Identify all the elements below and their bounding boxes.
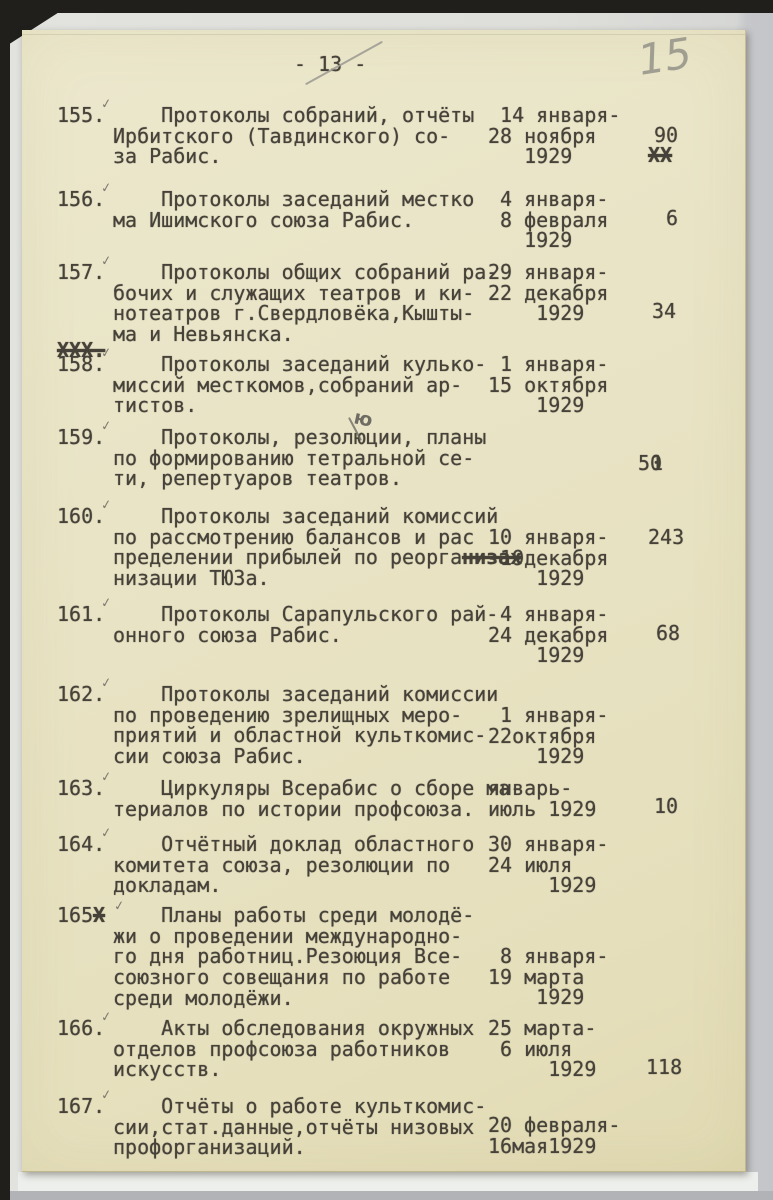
entry-description: Отчёты о работе культкомис- сии,стат.дан… <box>113 1096 486 1158</box>
entry-number: 161. <box>57 604 105 625</box>
entry-dates: 20 февраля- 16мая1929 <box>488 1115 620 1156</box>
entry-count: 34 <box>652 301 676 322</box>
entry-dates: 1 января- 15 октября 1929 <box>488 354 608 416</box>
pencil-checkmark-icon: ✓ <box>100 595 113 611</box>
entry-number: 160. <box>57 506 105 527</box>
entry-number: 156. <box>57 189 105 210</box>
pencil-checkmark-icon: ✓ <box>100 253 113 269</box>
backing-sheet-edge <box>18 1172 758 1191</box>
entry-dates: 29 января- 22 декабря 1929 <box>488 262 608 324</box>
pencil-checkmark-icon: ✓ <box>100 1009 113 1025</box>
pencil-checkmark-icon: ✓ <box>100 497 113 513</box>
entry-description: Отчётный доклад областного комитета союз… <box>113 834 474 896</box>
entry-description: Протоколы заседаний комиссии по проведен… <box>113 684 498 767</box>
entry-count: 68 <box>656 623 680 644</box>
entry-number: 164. <box>57 834 105 855</box>
pencil-checkmark-icon: ✓ <box>100 345 113 361</box>
entry-count: 10 <box>654 796 678 817</box>
entry-count: 118 <box>646 1057 682 1078</box>
entry-dates: 25 марта- 6 июля 1929 <box>488 1018 596 1080</box>
document-page: - 13 - 15 155. ✓ Протоколы собраний, отч… <box>22 30 746 1172</box>
entry-description: Циркуляры Всерабис о сборе ма- териалов … <box>113 778 522 819</box>
entry-description: Протоколы заседаний комиссий по рассмотр… <box>113 506 498 589</box>
entry-dates: 4 января- 24 декабря 1929 <box>488 604 608 666</box>
entry-number: 166. <box>57 1018 105 1039</box>
overtyped-digit: 1 <box>651 453 663 474</box>
paper-crease <box>22 34 745 35</box>
struck-out-count: ХХ <box>648 145 672 166</box>
entry-description: Протоколы Сарапульского рай- онного союз… <box>113 604 498 645</box>
entry-description: Протоколы заседаний местко ма Ишимского … <box>113 189 474 230</box>
entry-dates: январь- июль 1929 <box>488 778 596 819</box>
pencil-checkmark-icon: ✓ <box>100 180 113 196</box>
pencil-checkmark-icon: ✓ <box>100 1087 113 1103</box>
entry-description: Протоколы общих собраний ра- бочих и слу… <box>113 262 498 345</box>
pencil-checkmark-icon: ✓ <box>100 418 113 434</box>
entry-description: Протоколы собраний, отчёты Ирбитского (Т… <box>113 105 474 167</box>
entry-dates: 30 января- 24 июля 1929 <box>488 834 608 896</box>
scanned-document: - 13 - 15 155. ✓ Протоколы собраний, отч… <box>0 0 773 1200</box>
entry-description: Планы работы среди молодё- жи о проведен… <box>113 905 474 1009</box>
entry-dates: 14 января- 28 ноября 1929 <box>488 105 620 167</box>
entry-number: 163. <box>57 778 105 799</box>
entry-number: 162. <box>57 684 105 705</box>
entry-description: Акты обследования окружных отделов профс… <box>113 1018 474 1080</box>
entry-number: 165 <box>57 905 93 926</box>
struck-out-letter: Х <box>93 905 105 926</box>
pencil-checkmark-icon: ✓ <box>100 769 113 785</box>
entry-number: 155. <box>57 105 105 126</box>
entry-description: Протоколы заседаний кулько- миссий местк… <box>113 354 486 416</box>
entry-number: 159. <box>57 427 105 448</box>
entry-dates: 10 января- 19декабря 1929 <box>488 527 608 589</box>
entry-dates: 8 января- 19 марта 1929 <box>488 946 608 1008</box>
handwritten-page-number: 15 <box>634 28 694 85</box>
entry-number: 167. <box>57 1096 105 1117</box>
pencil-checkmark-icon: ✓ <box>100 825 113 841</box>
entry-dates: 4 января- 8 февраля 1929 <box>488 189 608 251</box>
entry-number: 157. <box>57 262 105 283</box>
pencil-checkmark-icon: ✓ <box>100 675 113 691</box>
pencil-checkmark-icon: ✓ <box>100 96 113 112</box>
entry-dates: 1 января- 22октября 1929 <box>488 705 608 767</box>
entry-count: 243 <box>648 527 684 548</box>
entry-number: 158. <box>57 354 105 375</box>
scan-background-bottom <box>10 1191 773 1200</box>
entry-description: Протоколы, резолюции, планы по формирова… <box>113 427 486 489</box>
entry-count: 6 <box>666 208 678 229</box>
